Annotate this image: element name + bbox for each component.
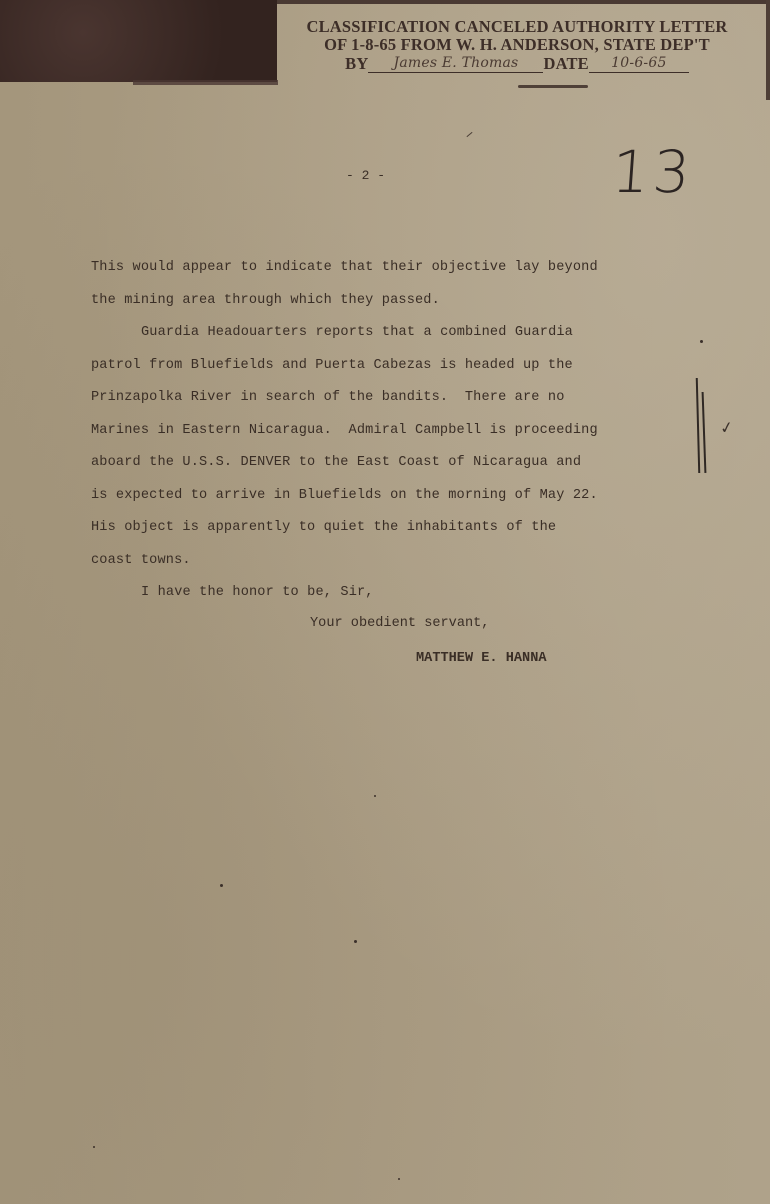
dark-mount-strip	[133, 80, 278, 85]
letter-body: This would appear to indicate that their…	[91, 252, 711, 610]
body-line: I have the honor to be, Sir,	[91, 577, 711, 610]
body-line: coast towns.	[91, 545, 711, 578]
paper-speck	[374, 795, 376, 797]
stamp-signature: James E. Thomas	[368, 54, 543, 73]
page-top-edge	[277, 0, 770, 4]
stamp-date-value: 10-6-65	[589, 54, 689, 73]
declassification-stamp: CLASSIFICATION CANCELED AUTHORITY LETTER…	[292, 18, 742, 73]
page-right-edge	[766, 0, 770, 100]
check-icon: ✓	[718, 417, 735, 438]
body-line: His object is apparently to quiet the in…	[91, 512, 711, 545]
pencil-tick-mark	[466, 132, 472, 137]
body-line: patrol from Bluefields and Puerta Cabeza…	[91, 350, 711, 383]
stamp-line-1: CLASSIFICATION CANCELED AUTHORITY LETTER	[292, 18, 742, 36]
signer-name: MATTHEW E. HANNA	[416, 651, 547, 666]
body-line: This would appear to indicate that their…	[91, 252, 711, 285]
handwritten-page-number: 13	[610, 138, 697, 206]
paper-speck	[220, 884, 223, 887]
paper-speck	[398, 1178, 400, 1180]
page-number: - 2 -	[346, 168, 385, 183]
body-line: Prinzapolka River in search of the bandi…	[91, 382, 711, 415]
margin-sideline-mark	[697, 378, 707, 473]
stamp-by-label: BY	[345, 54, 368, 73]
paper-speck	[354, 940, 357, 943]
paper-speck	[700, 340, 703, 343]
dark-mount-block	[0, 0, 277, 82]
body-line: Marines in Eastern Nicaragua. Admiral Ca…	[91, 415, 711, 448]
closing-salutation: Your obedient servant,	[310, 616, 489, 631]
paper-speck	[93, 1146, 95, 1148]
stamp-date-label: DATE	[543, 54, 588, 73]
stamp-line-3: BYJames E. ThomasDATE10-6-65	[292, 54, 742, 73]
body-line: is expected to arrive in Bluefields on t…	[91, 480, 711, 513]
body-line: aboard the U.S.S. DENVER to the East Coa…	[91, 447, 711, 480]
body-line: Guardia Headouarters reports that a comb…	[91, 317, 711, 350]
stamp-underline-mark	[518, 85, 588, 88]
body-line: the mining area through which they passe…	[91, 285, 711, 318]
stamp-line-2: OF 1-8-65 FROM W. H. ANDERSON, STATE DEP…	[292, 36, 742, 54]
